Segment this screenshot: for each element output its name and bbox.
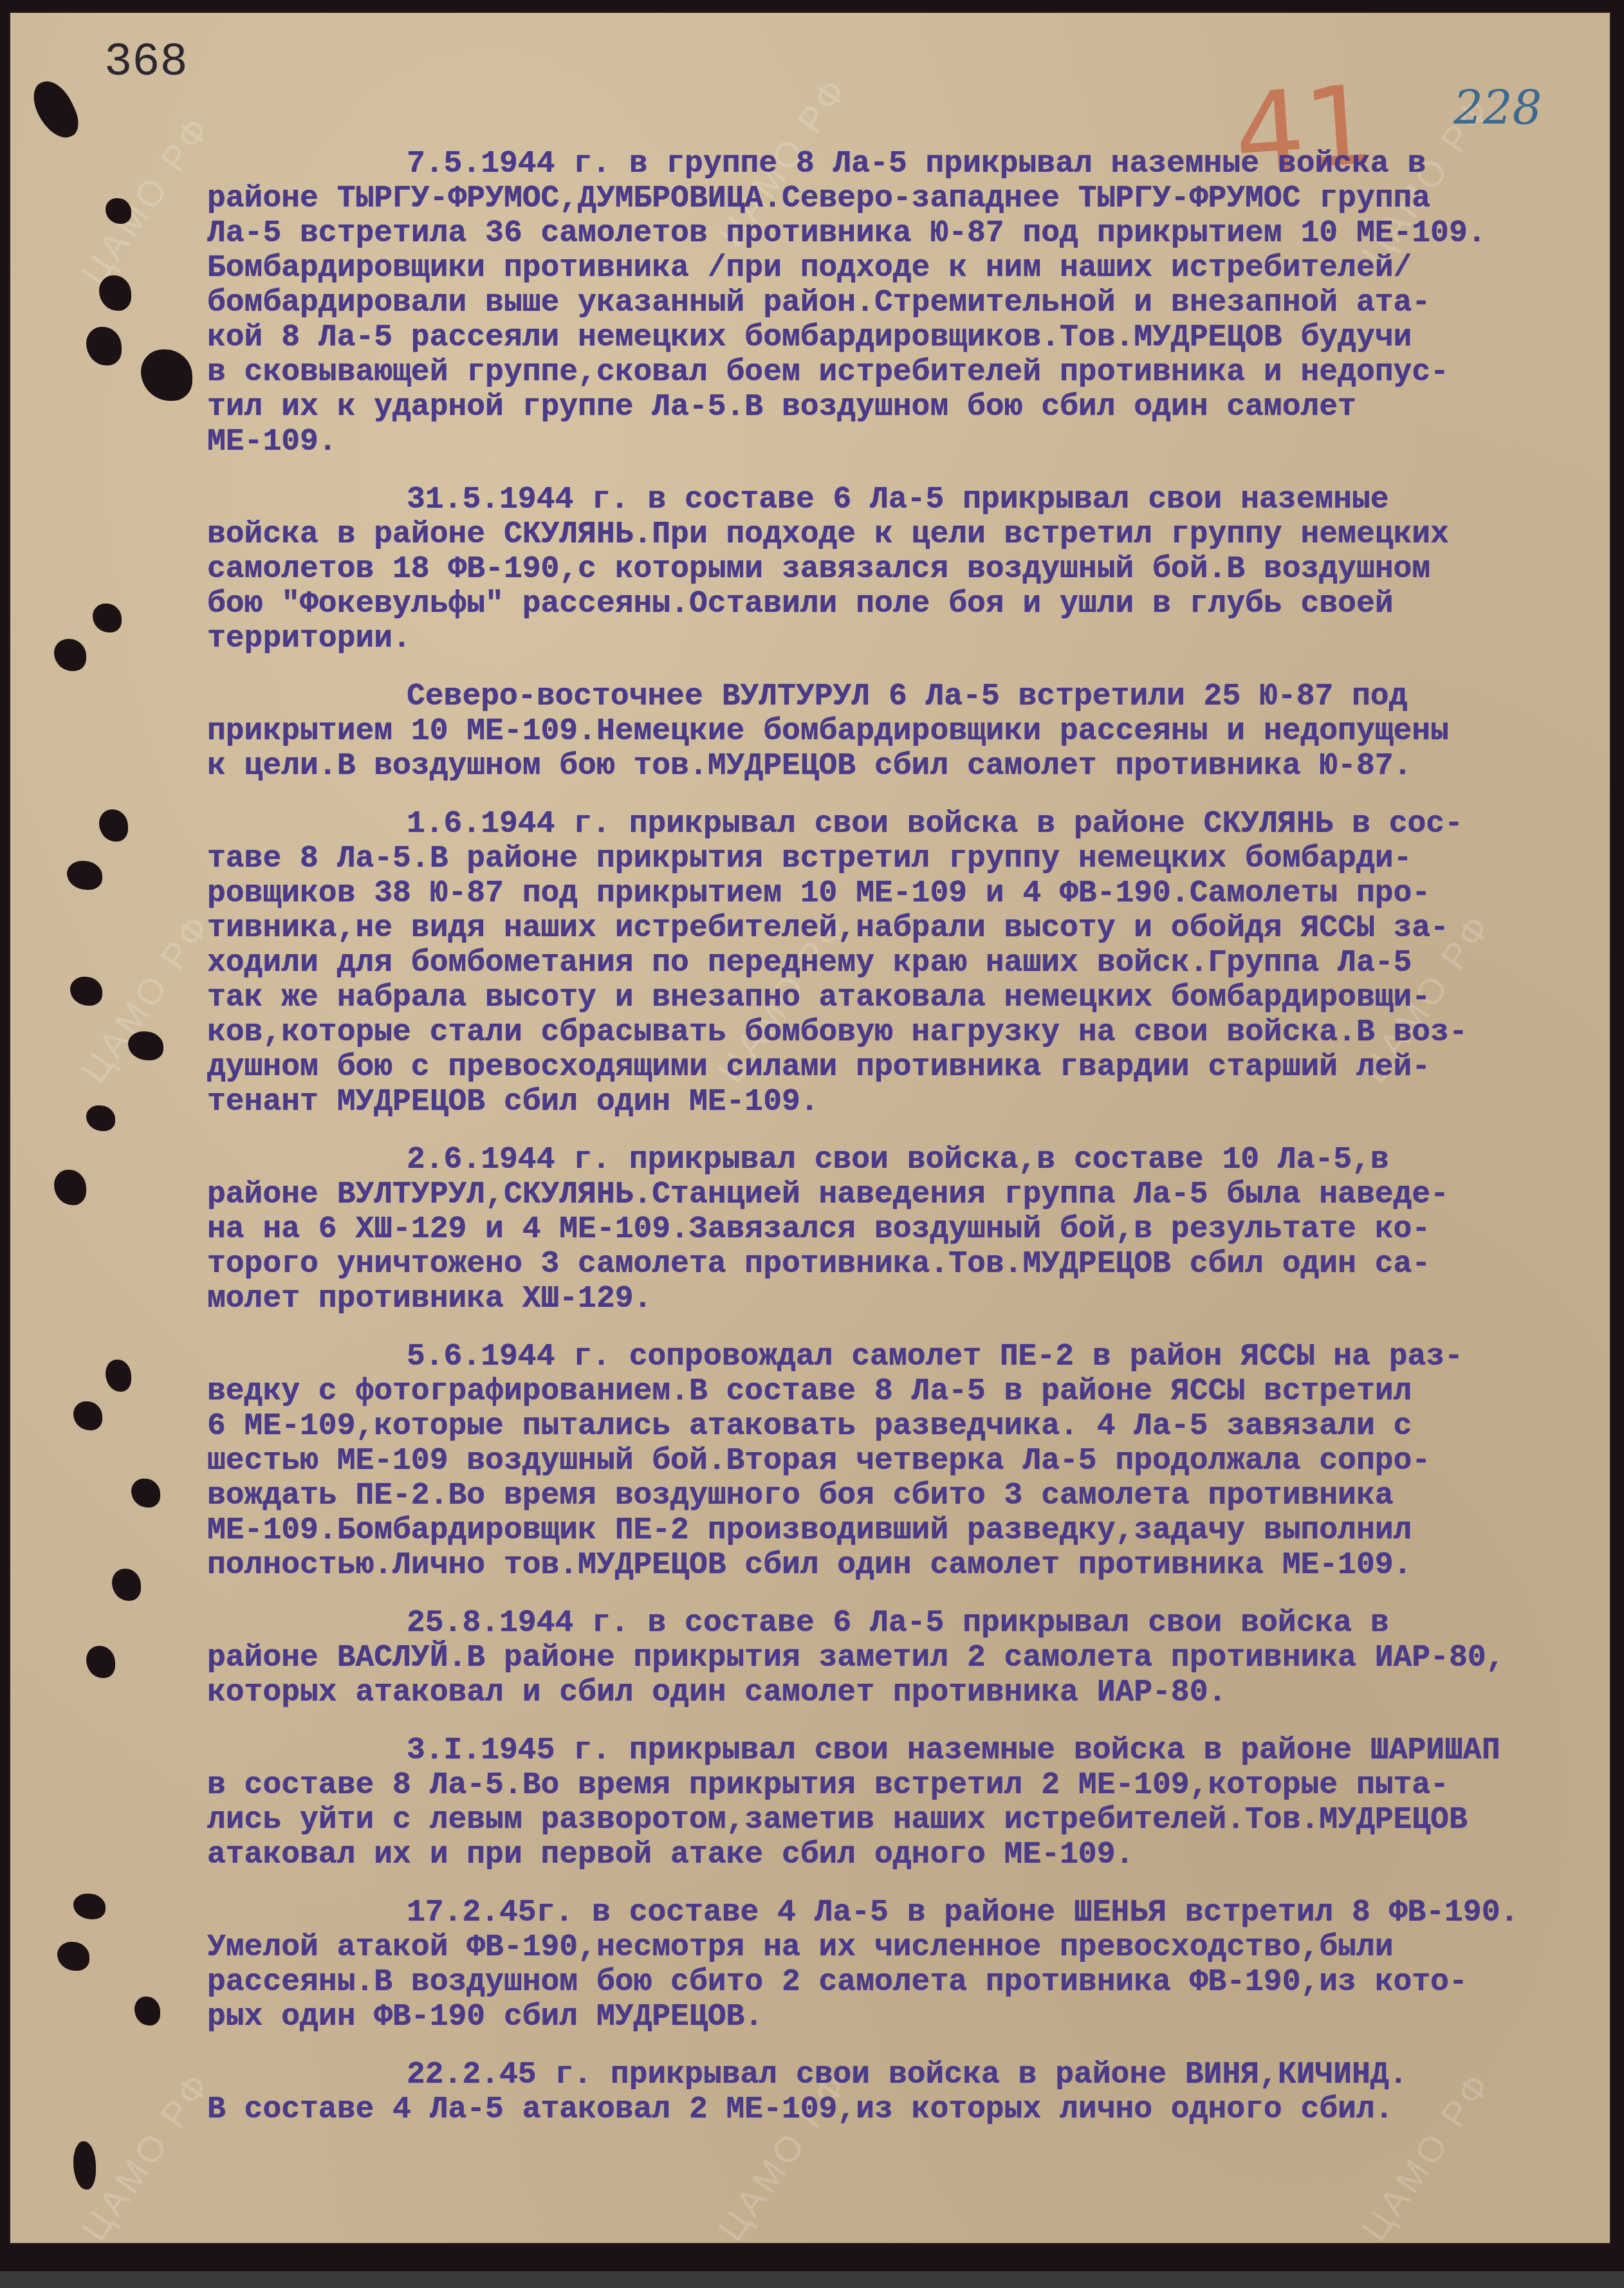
paragraph-line: В составе 4 Ла-5 атаковал 2 МЕ-109,из ко… [207, 2092, 1584, 2127]
paragraph-line: войска в районе СКУЛЯНЬ.При подходе к це… [207, 517, 1584, 552]
report-paragraph: 2.6.1944 г. прикрывал свои войска,в сост… [207, 1143, 1584, 1316]
paragraph-line: атаковал их и при первой атаке сбил одно… [207, 1838, 1584, 1872]
binding-hole [141, 349, 192, 401]
paragraph-first-line: 7.5.1944 г. в группе 8 Ла-5 прикрывал на… [207, 147, 1584, 181]
paragraph-line: в сковывающей группе,сковал боем истреби… [207, 355, 1584, 390]
paragraph-line: торого уничтожено 3 самолета противника.… [207, 1247, 1584, 1282]
paragraph-line: МЕ-109. [207, 425, 1584, 459]
paragraph-first-line: 1.6.1944 г. прикрывал свои войска в райо… [207, 807, 1584, 842]
scan-border [0, 2271, 1624, 2288]
binding-hole [54, 639, 86, 671]
binding-hole [112, 1569, 141, 1601]
binding-hole [70, 977, 102, 1006]
report-paragraph: 22.2.45 г. прикрывал свои войска в район… [207, 2058, 1584, 2127]
paragraph-line: районе ВУЛТУРУЛ,СКУЛЯНЬ.Станцией наведен… [207, 1177, 1584, 1212]
paragraph-line: районе ТЫРГУ-ФРУМОС,ДУМБРОВИЦА.Северо-за… [207, 181, 1584, 216]
paragraph-line: самолетов 18 ФВ-190,с которыми завязался… [207, 552, 1584, 587]
paragraph-first-line: 31.5.1944 г. в составе 6 Ла-5 прикрывал … [207, 483, 1584, 517]
paragraph-first-line: 5.6.1944 г. сопровождал самолет ПЕ-2 в р… [207, 1340, 1584, 1374]
paragraph-line: Ла-5 встретила 36 самолетов противника Ю… [207, 216, 1584, 251]
binding-hole [106, 1360, 131, 1392]
paragraph-line: которых атаковал и сбил один самолет про… [207, 1675, 1584, 1710]
paragraph-first-line: 22.2.45 г. прикрывал свои войска в район… [207, 2058, 1584, 2092]
binding-hole [27, 75, 85, 145]
binding-hole [54, 1170, 86, 1205]
binding-hole [86, 327, 122, 365]
paragraph-line: бою "Фокевульфы" рассеяны.Оставили поле … [207, 587, 1584, 622]
binding-hole [128, 1031, 163, 1060]
binding-hole [93, 604, 122, 632]
paragraph-first-line: 3.I.1945 г. прикрывал свои наземные войс… [207, 1733, 1584, 1768]
paragraph-line: районе ВАСЛУЙ.В районе прикрытия заметил… [207, 1641, 1584, 1675]
binding-hole [86, 1646, 115, 1678]
paragraph-line: молет противника ХШ-129. [207, 1282, 1584, 1316]
paragraph-line: кой 8 Ла-5 рассеяли немецких бомбардиров… [207, 320, 1584, 355]
report-paragraph: 1.6.1944 г. прикрывал свои войска в райо… [207, 807, 1584, 1120]
binding-hole [57, 1942, 89, 1971]
paragraph-line: на на 6 ХШ-129 и 4 МЕ-109.Завязался возд… [207, 1212, 1584, 1247]
paragraph-line: полностью.Лично тов.МУДРЕЦОВ сбил один с… [207, 1548, 1584, 1583]
paragraph-first-line: 25.8.1944 г. в составе 6 Ла-5 прикрывал … [207, 1606, 1584, 1641]
paragraph-line: ходили для бомбометания по переднему кра… [207, 946, 1584, 981]
document-page: ЦАМО РФ ЦАМО РФ ЦАМО РФ ЦАМО РФ ЦАМО РФ … [9, 12, 1611, 2244]
paragraph-line: душном бою с превосходящими силами проти… [207, 1050, 1584, 1085]
report-paragraph: 31.5.1944 г. в составе 6 Ла-5 прикрывал … [207, 483, 1584, 656]
report-paragraph: Северо-восточнее ВУЛТУРУЛ 6 Ла-5 встрети… [207, 679, 1584, 784]
report-paragraph: 3.I.1945 г. прикрывал свои наземные войс… [207, 1733, 1584, 1872]
document-body: 7.5.1944 г. в группе 8 Ла-5 прикрывал на… [207, 147, 1584, 2150]
paragraph-line: к цели.В воздушном бою тов.МУДРЕЦОВ сбил… [207, 749, 1584, 784]
paragraph-line: бомбардировали выше указанный район.Стре… [207, 286, 1584, 320]
binding-hole [73, 2141, 96, 2190]
paragraph-line: тил их к ударной группе Ла-5.В воздушном… [207, 390, 1584, 425]
folio-number: 228 [1453, 81, 1542, 135]
paragraph-line: вождать ПЕ-2.Во время воздушного боя сби… [207, 1479, 1584, 1513]
report-paragraph: 7.5.1944 г. в группе 8 Ла-5 прикрывал на… [207, 147, 1584, 459]
paragraph-first-line: 17.2.45г. в составе 4 Ла-5 в районе ШЕНЬ… [207, 1896, 1584, 1930]
paragraph-line: рых один ФВ-190 сбил МУДРЕЦОВ. [207, 2000, 1584, 2034]
paragraph-first-line: 2.6.1944 г. прикрывал свои войска,в сост… [207, 1143, 1584, 1177]
binding-hole [99, 275, 131, 311]
binding-hole [73, 1401, 102, 1430]
paragraph-line: МЕ-109.Бомбардировщик ПЕ-2 производивший… [207, 1513, 1584, 1548]
paragraph-line: территории. [207, 622, 1584, 656]
paragraph-line: таве 8 Ла-5.В районе прикрытия встретил … [207, 842, 1584, 876]
paragraph-line: так же набрала высоту и внезапно атакова… [207, 981, 1584, 1015]
paragraph-first-line: Северо-восточнее ВУЛТУРУЛ 6 Ла-5 встрети… [207, 679, 1584, 714]
binding-hole [86, 1105, 115, 1131]
paragraph-line: ков,которые стали сбрасывать бомбовую на… [207, 1015, 1584, 1050]
binding-hole [67, 861, 102, 890]
paragraph-line: ровщиков 38 Ю-87 под прикрытием 10 МЕ-10… [207, 876, 1584, 911]
report-paragraph: 25.8.1944 г. в составе 6 Ла-5 прикрывал … [207, 1606, 1584, 1710]
report-paragraph: 5.6.1944 г. сопровождал самолет ПЕ-2 в р… [207, 1340, 1584, 1583]
paragraph-line: ведку с фотографированием.В составе 8 Ла… [207, 1374, 1584, 1409]
binding-hole [131, 1479, 160, 1508]
paragraph-line: Умелой атакой ФВ-190,несмотря на их числ… [207, 1930, 1584, 1965]
binding-hole [134, 1997, 160, 2025]
binding-hole [73, 1894, 106, 1919]
paragraph-line: рассеяны.В воздушном бою сбито 2 самолет… [207, 1965, 1584, 2000]
binding-hole [99, 809, 128, 842]
archive-page-number: 368 [104, 36, 188, 89]
paragraph-line: Бомбардировщики противника /при подходе … [207, 251, 1584, 286]
report-paragraph: 17.2.45г. в составе 4 Ла-5 в районе ШЕНЬ… [207, 1896, 1584, 2034]
paragraph-line: лись уйти с левым разворотом,заметив наш… [207, 1803, 1584, 1838]
paragraph-line: тивника,не видя наших истребителей,набра… [207, 911, 1584, 946]
paragraph-line: 6 МЕ-109,которые пытались атаковать разв… [207, 1409, 1584, 1444]
watermark: ЦАМО РФ [73, 107, 220, 293]
paragraph-line: в составе 8 Ла-5.Во время прикрытия встр… [207, 1768, 1584, 1803]
paragraph-line: шестью МЕ-109 воздушный бой.Вторая четве… [207, 1444, 1584, 1479]
paragraph-line: тенант МУДРЕЦОВ сбил один МЕ-109. [207, 1085, 1584, 1120]
paragraph-line: прикрытием 10 МЕ-109.Немецкие бомбардиро… [207, 714, 1584, 749]
